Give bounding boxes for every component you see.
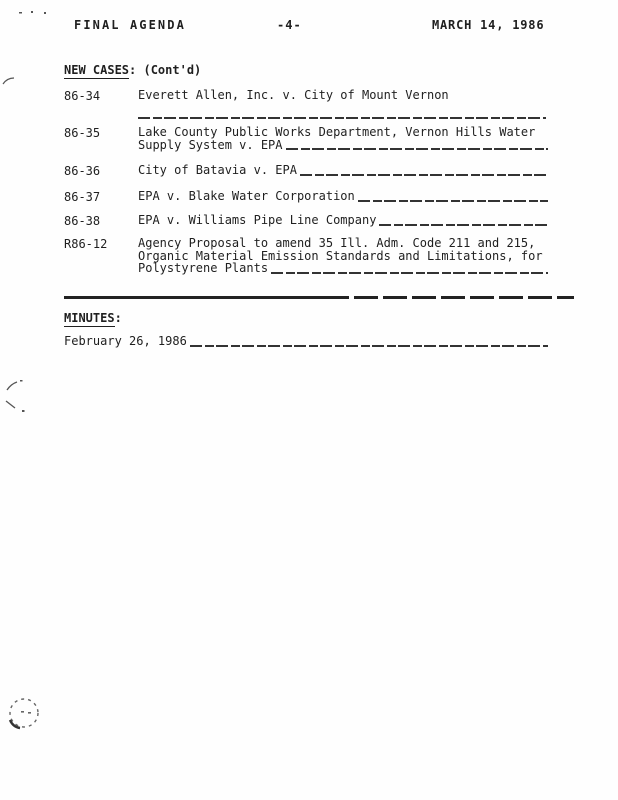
case-text: City of Batavia v. EPA [138,164,297,177]
minutes-heading-suffix: : [115,311,122,325]
case-number: 86-34 [64,89,138,103]
new-cases-heading-title: NEW CASES [64,63,129,79]
case-row-r86-12: R86-12 Agency Proposal to amend 35 Ill. … [64,237,548,275]
case-row-86-36: 86-36 City of Batavia v. EPA [64,164,548,178]
minutes-heading: MINUTES: [64,311,122,325]
pencil-check-mark [5,378,27,392]
minutes-heading-title: MINUTES [64,311,115,327]
scan-artifact-dots [18,9,54,17]
blank-fill-line [379,224,548,226]
case-text: EPA v. Williams Pipe Line Company [138,214,376,227]
new-cases-heading: NEW CASES: (Cont'd) [64,63,201,77]
case-text: Everett Allen, Inc. v. City of Mount Ver… [138,89,449,102]
minutes-entry-row: February 26, 1986 [64,335,548,348]
case-number: 86-36 [64,164,138,178]
case-text: Supply System v. EPA [138,139,283,152]
circular-scribble-mark [3,690,47,738]
case-description: City of Batavia v. EPA [138,164,548,178]
blank-fill-line [286,148,549,150]
minutes-entry-text: February 26, 1986 [64,335,187,348]
case-description: EPA v. Blake Water Corporation [138,190,548,204]
case-text: EPA v. Blake Water Corporation [138,190,355,203]
document-title: FINAL AGENDA [74,18,186,32]
case-row-86-35: 86-35 Lake County Public Works Departmen… [64,126,548,151]
case-row-86-38: 86-38 EPA v. Williams Pipe Line Company [64,214,548,228]
new-cases-heading-suffix: : (Cont'd) [129,63,201,77]
section-divider-rule [64,296,574,299]
page-number: -4- [277,18,302,32]
blank-fill-line [138,117,546,119]
case-description: EPA v. Williams Pipe Line Company [138,214,548,228]
case-description: Agency Proposal to amend 35 Ill. Adm. Co… [138,237,548,275]
case-row-86-37: 86-37 EPA v. Blake Water Corporation [64,190,548,204]
pencil-slash-mark [4,399,28,415]
blank-fill-line [358,200,548,202]
case-number: 86-35 [64,126,138,151]
case-description: Everett Allen, Inc. v. City of Mount Ver… [138,89,548,103]
case-text: Lake County Public Works Department, Ver… [138,126,535,139]
case-text: Polystyrene Plants [138,262,268,275]
blank-fill-line [271,272,548,274]
case-number: R86-12 [64,237,138,275]
case-text: Agency Proposal to amend 35 Ill. Adm. Co… [138,237,535,250]
case-row-86-34: 86-34 Everett Allen, Inc. v. City of Mou… [64,89,548,103]
case-number: 86-38 [64,214,138,228]
document-date: MARCH 14, 1986 [432,18,544,32]
minutes-entry: February 26, 1986 [64,335,548,348]
scanned-agenda-page: FINAL AGENDA -4- MARCH 14, 1986 NEW CASE… [0,0,618,800]
blank-fill-line [300,174,548,176]
case-number: 86-37 [64,190,138,204]
pencil-tick-mark [2,74,18,86]
case-description: Lake County Public Works Department, Ver… [138,126,548,151]
blank-fill-line [190,345,548,347]
